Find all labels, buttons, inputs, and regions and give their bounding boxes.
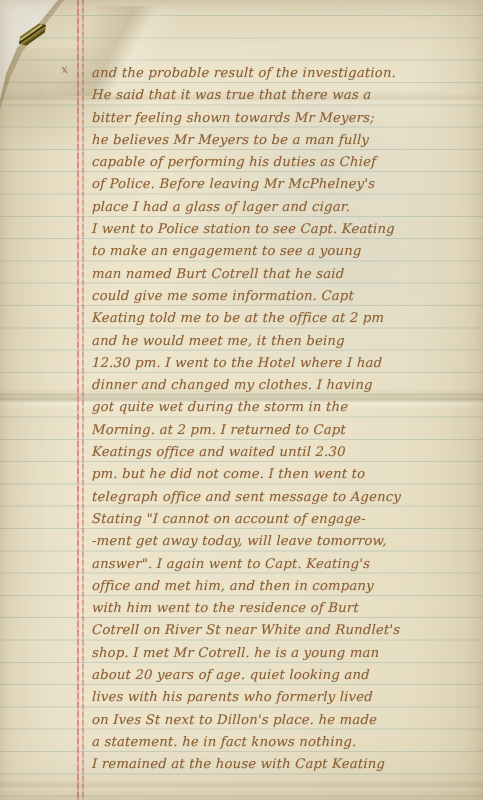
manuscript-line: Cotrell on River St near White and Rundl… bbox=[92, 620, 475, 642]
manuscript-line: I remained at the house with Capt Keatin… bbox=[92, 754, 475, 776]
manuscript-line: Keatings office and waited until 2.30 bbox=[92, 442, 475, 464]
manuscript-line: -ment get away today, will leave tomorro… bbox=[92, 531, 475, 553]
margin-check-mark: x bbox=[60, 62, 69, 77]
manuscript-line: Morning. at 2 pm. I returned to Capt bbox=[92, 420, 475, 442]
manuscript-line: Keating told me to be at the office at 2… bbox=[92, 308, 475, 330]
margin-line-outer bbox=[77, 0, 79, 800]
manuscript-line: to make an engagement to see a young bbox=[92, 241, 475, 263]
manuscript-line: Stating "I cannot on account of engage- bbox=[92, 509, 475, 531]
manuscript-line: and the probable result of the investiga… bbox=[92, 63, 475, 85]
manuscript-line: shop. I met Mr Cotrell. he is a young ma… bbox=[92, 643, 475, 665]
manuscript-line: bitter feeling shown towards Mr Meyers; bbox=[92, 108, 475, 130]
manuscript-line: place I had a glass of lager and cigar. bbox=[92, 197, 475, 219]
manuscript-line: with him went to the residence of Burt bbox=[92, 598, 475, 620]
manuscript-line: telegraph office and sent message to Age… bbox=[92, 487, 475, 509]
manuscript-text: and the probable result of the investiga… bbox=[92, 63, 474, 777]
manuscript-line: answer". I again went to Capt. Keating's bbox=[92, 554, 475, 576]
manuscript-page: x and the probable result of the investi… bbox=[0, 0, 483, 800]
margin-line-inner bbox=[82, 0, 84, 800]
manuscript-line: on Ives St next to Dillon's place. he ma… bbox=[92, 710, 475, 732]
manuscript-line: about 20 years of age. quiet looking and bbox=[92, 665, 475, 687]
manuscript-line: office and met him, and then in company bbox=[92, 576, 475, 598]
manuscript-line: I went to Police station to see Capt. Ke… bbox=[92, 219, 475, 241]
manuscript-line: got quite wet during the storm in the bbox=[92, 397, 475, 419]
manuscript-line: of Police. Before leaving Mr McPhelney's bbox=[92, 174, 475, 196]
manuscript-line: He said that it was true that there was … bbox=[92, 85, 475, 107]
manuscript-line: dinner and changed my clothes. I having bbox=[92, 375, 475, 397]
manuscript-line: a statement. he in fact knows nothing. bbox=[92, 732, 475, 754]
manuscript-line: man named Burt Cotrell that he said bbox=[92, 264, 475, 286]
manuscript-line: he believes Mr Meyers to be a man fully bbox=[92, 130, 475, 152]
manuscript-line: capable of performing his duties as Chie… bbox=[92, 152, 475, 174]
manuscript-line: could give me some information. Capt bbox=[92, 286, 475, 308]
manuscript-line: lives with his parents who formerly live… bbox=[92, 687, 475, 709]
manuscript-line: and he would meet me, it then being bbox=[92, 331, 475, 353]
manuscript-line: pm. but he did not come. I then went to bbox=[92, 464, 475, 486]
manuscript-line: 12.30 pm. I went to the Hotel where I ha… bbox=[92, 353, 475, 375]
